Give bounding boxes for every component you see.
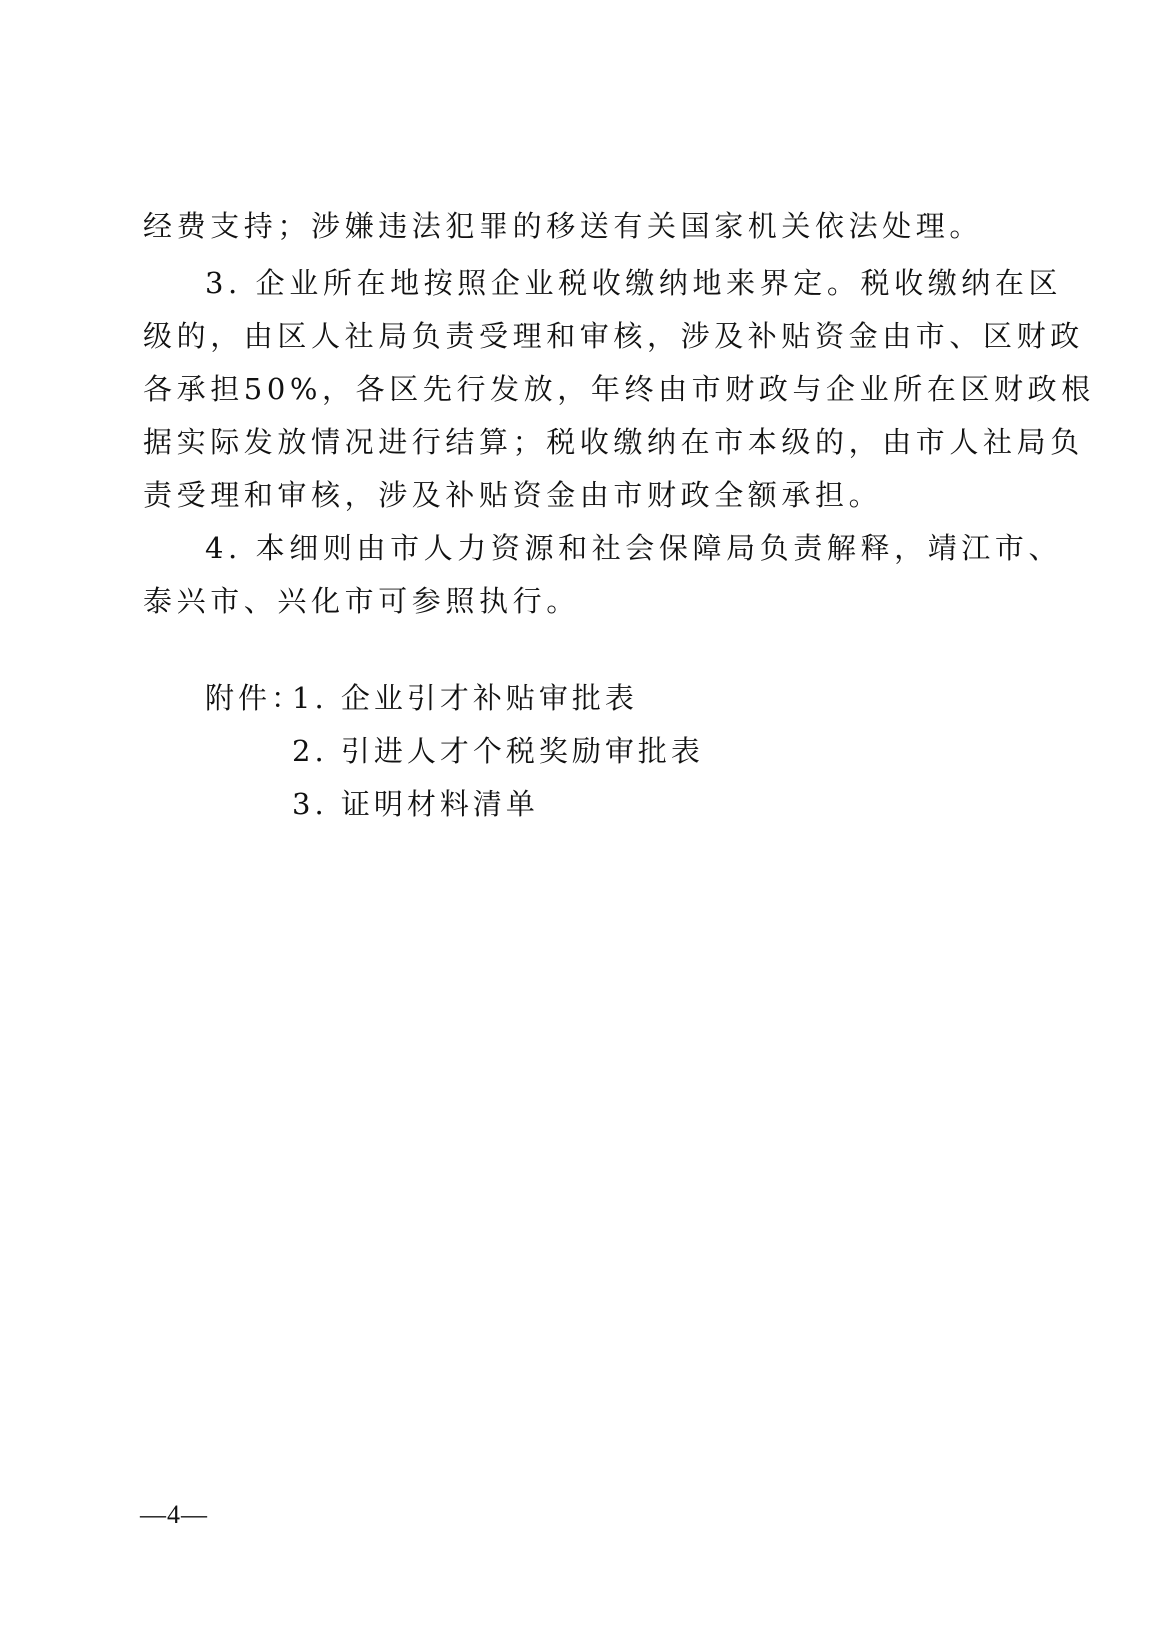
- attachment-item: 3. 证明材料清单: [292, 786, 539, 822]
- paragraph-line: 3. 企业所在地按照企业税收缴纳地来界定。税收缴纳在区: [205, 265, 1062, 301]
- paragraph-line: 4. 本细则由市人力资源和社会保障局负责解释，靖江市、: [205, 530, 1062, 566]
- attachment-item: 2. 引进人才个税奖励审批表: [292, 733, 704, 769]
- paragraph-line: 各承担50%，各区先行发放，年终由市财政与企业所在区财政根: [143, 371, 1095, 407]
- page-number: —4—: [140, 1500, 208, 1530]
- paragraph-line: 级的，由区人社局负责受理和审核，涉及补贴资金由市、区财政: [143, 318, 1084, 354]
- paragraph-line: 经费支持；涉嫌违法犯罪的移送有关国家机关依法处理。: [143, 208, 983, 244]
- attachment-item: 1. 企业引才补贴审批表: [292, 680, 638, 716]
- attachments-label: 附件：: [205, 680, 304, 716]
- paragraph-line: 泰兴市、兴化市可参照执行。: [143, 583, 580, 619]
- document-page: 经费支持；涉嫌违法犯罪的移送有关国家机关依法处理。 3. 企业所在地按照企业税收…: [0, 0, 1158, 1637]
- paragraph-line: 据实际发放情况进行结算；税收缴纳在市本级的，由市人社局负: [143, 424, 1084, 460]
- paragraph-line: 责受理和审核，涉及补贴资金由市财政全额承担。: [143, 477, 882, 513]
